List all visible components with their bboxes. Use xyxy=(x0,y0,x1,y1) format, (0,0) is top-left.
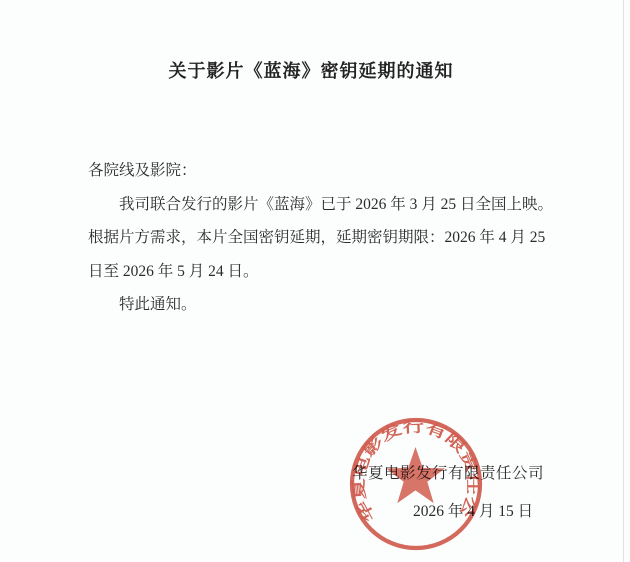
notice-title: 关于影片《蓝海》密钥延期的通知 xyxy=(0,57,622,83)
scan-page-edge xyxy=(623,0,624,562)
body-line: 日至 2026 年 5 月 24 日。 xyxy=(88,255,554,289)
seal-circle xyxy=(352,420,480,548)
notice-document-page: 关于影片《蓝海》密钥延期的通知 各院线及影院： 我司联合发行的影片《蓝海》已于 … xyxy=(0,0,630,562)
company-seal-stamp: 华夏电影发行有限责任公司 xyxy=(346,414,486,554)
signature-date: 2026 年 4 月 15 日 xyxy=(413,499,533,521)
signature-company-name: 华夏电影发行有限责任公司 xyxy=(352,461,544,483)
body-line: 我司联合发行的影片《蓝海》已于 2026 年 3 月 25 日全国上映。 xyxy=(88,188,554,222)
body-line: 特此通知。 xyxy=(88,288,554,322)
body-line: 根据片方需求，本片全国密钥延期，延期密钥期限：2026 年 4 月 25 xyxy=(88,221,554,255)
salutation-line: 各院线及影院： xyxy=(88,154,554,188)
notice-body: 各院线及影院： 我司联合发行的影片《蓝海》已于 2026 年 3 月 25 日全… xyxy=(88,154,554,322)
